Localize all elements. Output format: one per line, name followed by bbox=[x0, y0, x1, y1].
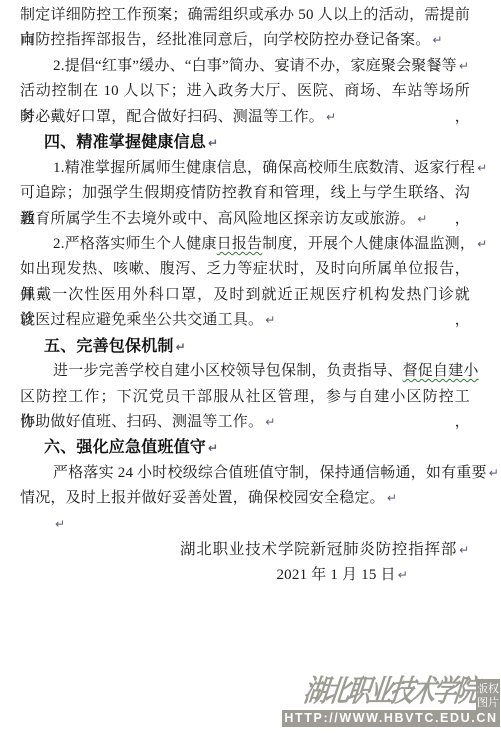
paragraph-mark-icon: ↵ bbox=[475, 237, 487, 251]
paragraph-start-line: 严格落实 24 小时校级综合值班值守制，保持通信畅通，如有重要↵ bbox=[20, 461, 470, 486]
text-segment: 务必戴好口罩，配合做好扫码、测温等工作。 bbox=[20, 109, 324, 125]
section-heading-5: 五、完善包保机制↵ bbox=[20, 334, 470, 359]
continuation-line: 区防控工作；下沉党员干部服从社区管理，参与自建小区防控工作， bbox=[20, 385, 470, 410]
paragraph-end-line: 市防控指挥部报告，经批准同意后，向学校防控办登记备案。↵ bbox=[20, 28, 470, 53]
paragraph-mark-icon: ↵ bbox=[206, 136, 218, 150]
paragraph-mark-icon: ↵ bbox=[430, 33, 442, 47]
watermark-url: HTTP://WWW.HBVTC.EDU.CN bbox=[282, 710, 500, 727]
continuation-line: 佩戴一次性医用外科口罩，及时到就近正规医疗机构发热门诊就诊， bbox=[20, 283, 470, 308]
paragraph-mark-icon: ↵ bbox=[457, 543, 470, 557]
continuation-line: 活动控制在 10 人以下；进入政务大厅、医院、商场、车站等场所时， bbox=[20, 79, 470, 104]
document-body: 制定详细防控工作预案；确需组织或承办 50 人以上的活动，需提前向市防控指挥部报… bbox=[20, 3, 470, 588]
text-segment: 2021 年 1 月 15 日 bbox=[276, 567, 395, 583]
paragraph-end-line: 情况，及时上报并做好妥善处置，确保校园安全稳定。↵ bbox=[20, 486, 470, 511]
section-heading-6: 六、强化应急值班值守↵ bbox=[20, 435, 470, 460]
text-segment: 2.提倡“红事”缓办、“白事”简办、宴请不办，家庭聚会聚餐等 bbox=[53, 58, 457, 74]
text-segment: 市防控指挥部报告，经批准同意后，向学校防控办登记备案。 bbox=[20, 32, 430, 48]
paragraph-mark-icon: ↵ bbox=[263, 415, 275, 429]
watermark: 湖北职业技术学院 版权 图片 HTTP://WWW.HBVTC.EDU.CN bbox=[282, 679, 500, 727]
empty-paragraph: ↵ bbox=[20, 512, 470, 537]
paragraph-mark-icon: ↵ bbox=[487, 466, 499, 480]
watermark-seal-line1: 版权 bbox=[476, 682, 500, 696]
paragraph-mark-icon: ↵ bbox=[206, 441, 218, 455]
text-segment: 制度，开展个人健康体温监测， bbox=[262, 236, 475, 252]
section-heading-4: 四、精准掌握健康信息↵ bbox=[20, 130, 470, 155]
watermark-seal-line2: 图片 bbox=[476, 696, 500, 710]
text-segment: 六、强化应急值班值守 bbox=[44, 439, 206, 456]
watermark-school-name: 湖北职业技术学院 bbox=[301, 677, 478, 712]
continuation-line: 制定详细防控工作预案；确需组织或承办 50 人以上的活动，需提前向 bbox=[20, 3, 470, 28]
paragraph-mark-icon: ↵ bbox=[53, 517, 65, 531]
paragraph-start-line: 进一步完善学校自建小区校领导包保制，负责指导、督促自建小 bbox=[20, 359, 470, 384]
text-segment: 教育所属学生不去境外或中、高风险地区探亲访友或旅游。 bbox=[20, 211, 415, 227]
paragraph-mark-icon: ↵ bbox=[174, 340, 186, 354]
watermark-copyright-seal: 版权 图片 bbox=[476, 679, 500, 712]
text-segment: 就医过程应避免乘坐公共交通工具。 bbox=[20, 312, 263, 328]
grammar-check-wavy-text: 督促自建小 bbox=[403, 363, 479, 379]
text-segment: 严格落实 24 小时校级综合值班值守制，保持通信畅通，如有重要 bbox=[53, 465, 487, 481]
text-segment: 情况，及时上报并做好妥善处置，确保校园安全稳定。 bbox=[20, 490, 385, 506]
paragraph-mark-icon: ↵ bbox=[396, 568, 408, 582]
paragraph-end-line: 教育所属学生不去境外或中、高风险地区探亲访友或旅游。↵ bbox=[20, 207, 470, 232]
paragraph-mark-icon: ↵ bbox=[475, 161, 487, 175]
signature-line: 湖北职业技术学院新冠肺炎防控指挥部↵ bbox=[20, 537, 470, 562]
list-item-1-line: 1.精准掌握所属师生健康信息，确保高校师生底数清、返家行程↵ bbox=[20, 156, 470, 181]
continuation-line: 可追踪；加强学生假期疫情防控教育和管理，线上与学生联络、沟通， bbox=[20, 181, 470, 206]
text-segment: 五、完善包保机制 bbox=[44, 338, 174, 355]
document-page: 制定详细防控工作预案；确需组织或承办 50 人以上的活动，需提前向市防控指挥部报… bbox=[0, 0, 501, 742]
grammar-check-wavy-text: 日报告 bbox=[217, 236, 263, 252]
continuation-line: 如出现发热、咳嗽、腹泻、乏力等症状时，及时向所属单位报告，并 bbox=[20, 257, 470, 282]
list-item-2-line: 2.提倡“红事”缓办、“白事”简办、宴请不办，家庭聚会聚餐等↵ bbox=[20, 54, 470, 79]
paragraph-mark-icon: ↵ bbox=[263, 313, 275, 327]
paragraph-mark-icon: ↵ bbox=[385, 491, 397, 505]
text-segment: 协助做好值班、扫码、测温等工作。 bbox=[20, 414, 263, 430]
list-item-2-line: 2.严格落实师生个人健康日报告制度，开展个人健康体温监测，↵ bbox=[20, 232, 470, 257]
text-segment: 湖北职业技术学院新冠肺炎防控指挥部 bbox=[180, 541, 457, 558]
date-line: 2021 年 1 月 15 日↵ bbox=[20, 563, 470, 588]
paragraph-mark-icon: ↵ bbox=[324, 110, 336, 124]
text-segment: 四、精准掌握健康信息 bbox=[44, 134, 206, 151]
watermark-logo-row: 湖北职业技术学院 版权 图片 bbox=[282, 679, 500, 712]
paragraph-mark-icon: ↵ bbox=[415, 212, 427, 226]
text-segment: 1.精准掌握所属师生健康信息，确保高校师生底数清、返家行程 bbox=[53, 160, 475, 176]
text-segment: 进一步完善学校自建小区校领导包保制，负责指导、 bbox=[53, 363, 403, 379]
paragraph-mark-icon: ↵ bbox=[457, 59, 469, 73]
text-segment: 2.严格落实师生个人健康 bbox=[53, 236, 217, 252]
